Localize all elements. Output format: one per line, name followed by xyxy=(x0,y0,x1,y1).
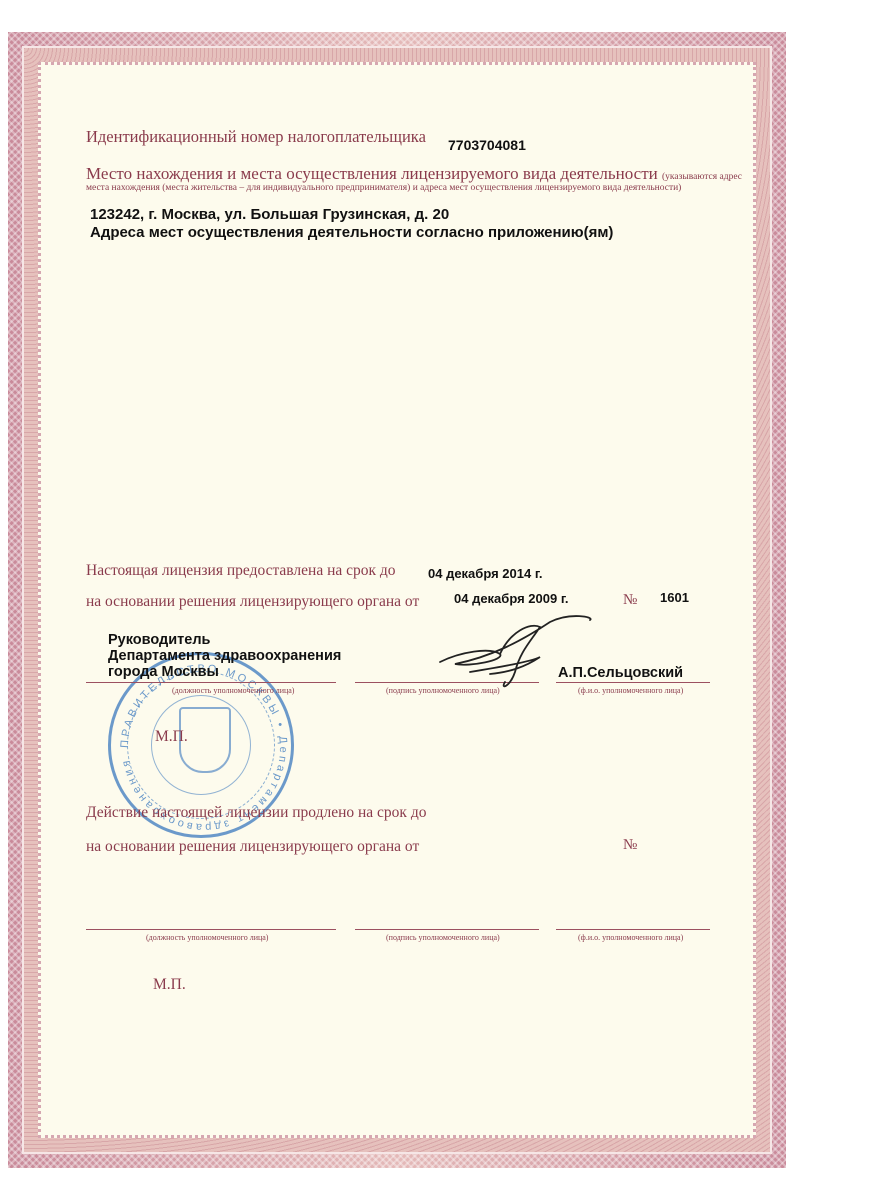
position-line-3: города Москвы xyxy=(108,664,341,680)
decision-label: на основании решения лицензирующего орга… xyxy=(86,593,419,611)
name-caption: (ф.и.о. уполномоченного лица) xyxy=(578,686,683,695)
address-line-1: 123242, г. Москва, ул. Большая Грузинска… xyxy=(90,206,449,223)
signatory-name: А.П.Сельцовский xyxy=(558,665,683,681)
extension-signature-caption: (подпись уполномоченного лица) xyxy=(386,933,500,942)
extension-name-caption: (ф.и.о. уполномоченного лица) xyxy=(578,933,683,942)
extension-name-line xyxy=(556,929,710,930)
extension-position-caption: (должность уполномоченного лица) xyxy=(146,933,268,942)
position-caption: (должность уполномоченного лица) xyxy=(172,686,294,695)
term-value: 04 декабря 2014 г. xyxy=(428,566,543,581)
number-sign: № xyxy=(623,592,637,609)
location-label: Место нахождения и места осуществления л… xyxy=(86,164,742,184)
location-hint: (указываются адрес xyxy=(662,172,742,182)
extension-decision-label: на основании решения лицензирующего орга… xyxy=(86,838,419,856)
decision-date: 04 декабря 2009 г. xyxy=(454,591,569,606)
extension-term-label: Действие настоящей лицензии продлено на … xyxy=(86,804,426,822)
inn-value: 7703704081 xyxy=(448,137,526,153)
name-line xyxy=(556,682,710,683)
extension-position-line xyxy=(86,929,336,930)
extension-signature-line xyxy=(355,929,539,930)
extension-number-sign: № xyxy=(623,837,637,854)
address-line-2: Адреса мест осуществления деятельности с… xyxy=(90,224,613,241)
signatory-position: Руководитель Департамента здравоохранени… xyxy=(108,632,341,680)
decision-number: 1601 xyxy=(660,590,689,605)
stamp-place: М.П. xyxy=(155,728,188,746)
term-label: Настоящая лицензия предоставлена на срок… xyxy=(86,562,396,580)
location-hint-line: места нахождения (места жительства – для… xyxy=(86,183,681,193)
position-line-2: Департамента здравоохранения xyxy=(108,648,341,664)
location-label-text: Место нахождения и места осуществления л… xyxy=(86,164,658,183)
inn-label: Идентификационный номер налогоплательщик… xyxy=(86,127,426,147)
position-line xyxy=(86,682,336,683)
extension-stamp-place: М.П. xyxy=(153,976,186,994)
position-line-1: Руководитель xyxy=(108,632,341,648)
